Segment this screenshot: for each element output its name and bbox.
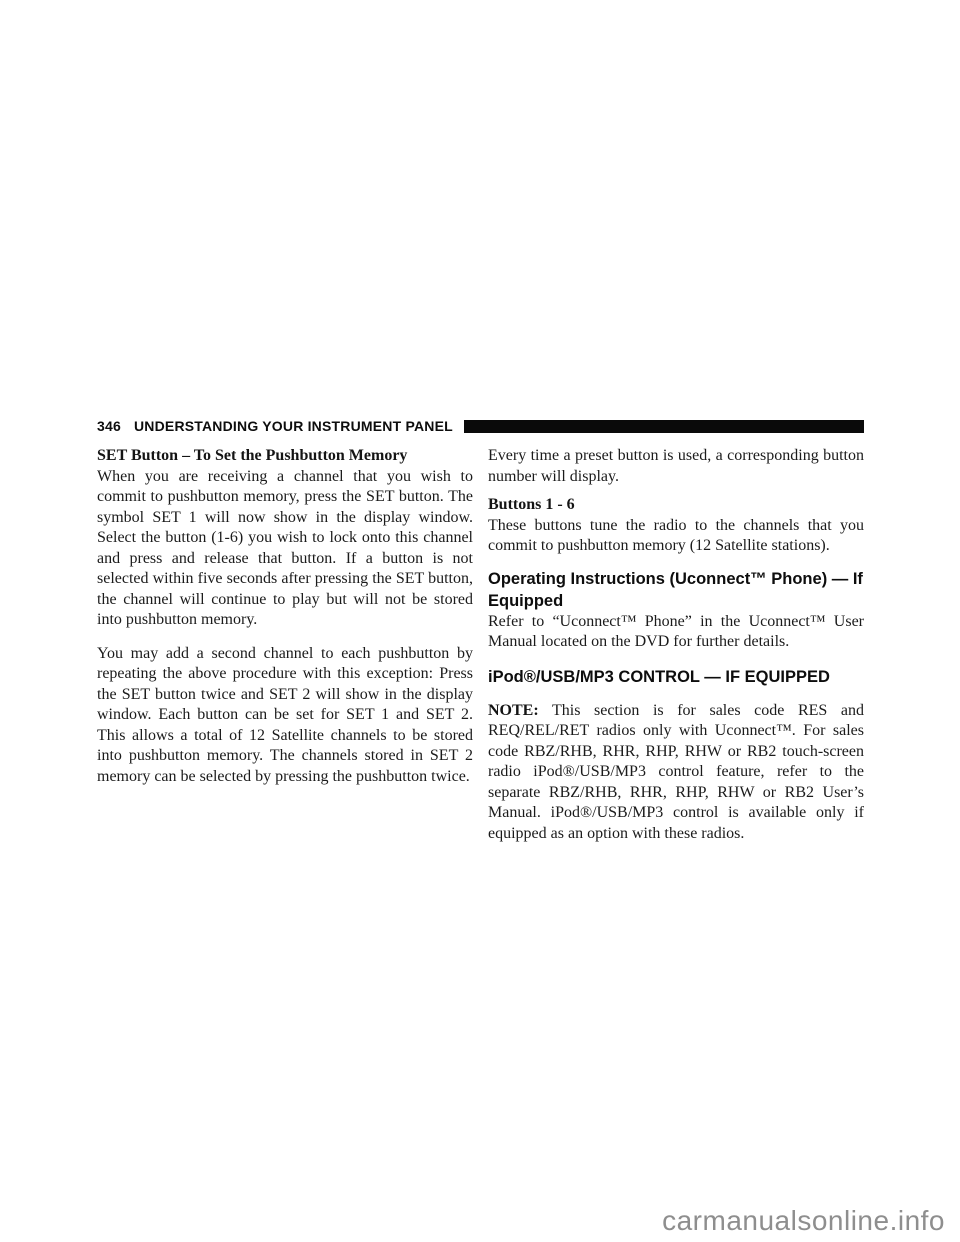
header-bar-rule: [464, 420, 864, 433]
section-heading-operating-instructions: Operating Instructions (Uconnect™ Phone)…: [488, 568, 864, 612]
note-label: NOTE:: [488, 702, 539, 719]
section-heading-ipod-usb-mp3: iPod®/USB/MP3 CONTROL — IF EQUIPPED: [488, 666, 864, 688]
section-heading-buttons-1-6: Buttons 1 - 6: [488, 495, 864, 516]
paragraph-set-button-2: You may add a second channel to each pus…: [97, 644, 473, 788]
page-number: 346: [97, 418, 121, 434]
two-column-layout: SET Button – To Set the Pushbutton Memor…: [97, 446, 864, 844]
right-column: Every time a preset button is used, a co…: [488, 446, 864, 844]
paragraph-ipod-note: NOTE: This section is for sales code RES…: [488, 701, 864, 845]
header-title: UNDERSTANDING YOUR INSTRUMENT PANEL: [134, 418, 453, 434]
note-body: This section is for sales code RES and R…: [488, 702, 864, 842]
paragraph-buttons-1-6: These buttons tune the radio to the chan…: [488, 516, 864, 557]
watermark: carmanualsonline.info: [662, 1205, 945, 1237]
left-column: SET Button – To Set the Pushbutton Memor…: [97, 446, 473, 844]
paragraph-preset-note: Every time a preset button is used, a co…: [488, 446, 864, 487]
manual-page-content: 346 UNDERSTANDING YOUR INSTRUMENT PANEL …: [97, 419, 864, 844]
page-header: 346 UNDERSTANDING YOUR INSTRUMENT PANEL: [97, 419, 864, 433]
paragraph-set-button-1: When you are receiving a channel that yo…: [97, 467, 473, 631]
paragraph-operating-instructions: Refer to “Uconnect™ Phone” in the Uconne…: [488, 612, 864, 653]
section-heading-set-button: SET Button – To Set the Pushbutton Memor…: [97, 446, 473, 467]
